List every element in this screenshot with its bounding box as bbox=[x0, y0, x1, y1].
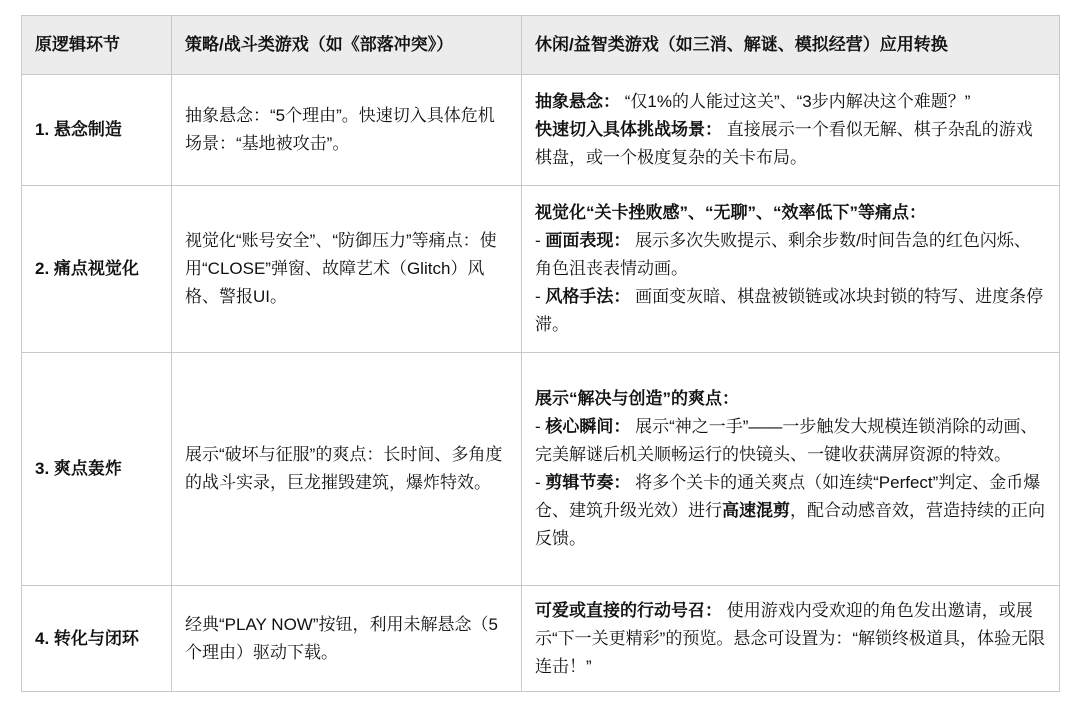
stage-cell: 3. 爽点轰炸 bbox=[22, 353, 172, 586]
cell-paragraph: - 剪辑节奏： 将多个关卡的通关爽点（如连续“Perfect”判定、金币爆仓、建… bbox=[535, 469, 1046, 553]
document-page: 原逻辑环节 策略/战斗类游戏（如《部落冲突》） 休闲/益智类游戏（如三消、解谜、… bbox=[0, 0, 1080, 703]
strategy-cell: 展示“破坏与征服”的爽点：长时间、多角度的战斗实录，巨龙摧毁建筑，爆炸特效。 bbox=[172, 353, 522, 586]
conversion-table: 原逻辑环节 策略/战斗类游戏（如《部落冲突》） 休闲/益智类游戏（如三消、解谜、… bbox=[21, 15, 1060, 692]
table-row: 4. 转化与闭环 经典“PLAY NOW”按钮，利用未解悬念（5个理由）驱动下载… bbox=[22, 586, 1060, 692]
table-row: 1. 悬念制造 抽象悬念：“5个理由”。快速切入具体危机场景：“基地被攻击”。 … bbox=[22, 75, 1060, 186]
table-row: 2. 痛点视觉化 视觉化“账号安全”、“防御压力”等痛点：使用“CLOSE”弹窗… bbox=[22, 186, 1060, 353]
cell-paragraph: 快速切入具体挑战场景： 直接展示一个看似无解、棋子杂乱的游戏棋盘，或一个极度复杂… bbox=[535, 116, 1046, 172]
cell-paragraph: 展示“解决与创造”的爽点： bbox=[535, 385, 1046, 413]
stage-cell: 2. 痛点视觉化 bbox=[22, 186, 172, 353]
stage-cell: 1. 悬念制造 bbox=[22, 75, 172, 186]
table-header-row: 原逻辑环节 策略/战斗类游戏（如《部落冲突》） 休闲/益智类游戏（如三消、解谜、… bbox=[22, 16, 1060, 75]
cell-paragraph: - 风格手法： 画面变灰暗、棋盘被锁链或冰块封锁的特写、进度条停滞。 bbox=[535, 283, 1046, 339]
strategy-cell: 经典“PLAY NOW”按钮，利用未解悬念（5个理由）驱动下载。 bbox=[172, 586, 522, 692]
strategy-cell: 抽象悬念：“5个理由”。快速切入具体危机场景：“基地被攻击”。 bbox=[172, 75, 522, 186]
cell-paragraph: - 画面表现： 展示多次失败提示、剩余步数/时间告急的红色闪烁、角色沮丧表情动画… bbox=[535, 227, 1046, 283]
stage-cell: 4. 转化与闭环 bbox=[22, 586, 172, 692]
cell-paragraph: - 核心瞬间： 展示“神之一手”——一步触发大规模连锁消除的动画、完美解谜后机关… bbox=[535, 413, 1046, 469]
cell-paragraph: 视觉化“关卡挫败感”、“无聊”、“效率低下”等痛点： bbox=[535, 199, 1046, 227]
casual-cell: 视觉化“关卡挫败感”、“无聊”、“效率低下”等痛点：- 画面表现： 展示多次失败… bbox=[522, 186, 1060, 353]
casual-cell: 可爱或直接的行动号召： 使用游戏内受欢迎的角色发出邀请，或展示“下一关更精彩”的… bbox=[522, 586, 1060, 692]
casual-cell: 抽象悬念： “仅1%的人能过这关”、“3步内解决这个难题？”快速切入具体挑战场景… bbox=[522, 75, 1060, 186]
header-cell-original-step: 原逻辑环节 bbox=[22, 16, 172, 75]
cell-paragraph: 抽象悬念： “仅1%的人能过这关”、“3步内解决这个难题？” bbox=[535, 88, 1046, 116]
header-cell-strategy-games: 策略/战斗类游戏（如《部落冲突》） bbox=[172, 16, 522, 75]
casual-cell: 展示“解决与创造”的爽点：- 核心瞬间： 展示“神之一手”——一步触发大规模连锁… bbox=[522, 353, 1060, 586]
cell-paragraph: 可爱或直接的行动号召： 使用游戏内受欢迎的角色发出邀请，或展示“下一关更精彩”的… bbox=[535, 597, 1046, 681]
strategy-cell: 视觉化“账号安全”、“防御压力”等痛点：使用“CLOSE”弹窗、故障艺术（Gli… bbox=[172, 186, 522, 353]
header-cell-casual-games: 休闲/益智类游戏（如三消、解谜、模拟经营）应用转换 bbox=[522, 16, 1060, 75]
table-row: 3. 爽点轰炸 展示“破坏与征服”的爽点：长时间、多角度的战斗实录，巨龙摧毁建筑… bbox=[22, 353, 1060, 586]
